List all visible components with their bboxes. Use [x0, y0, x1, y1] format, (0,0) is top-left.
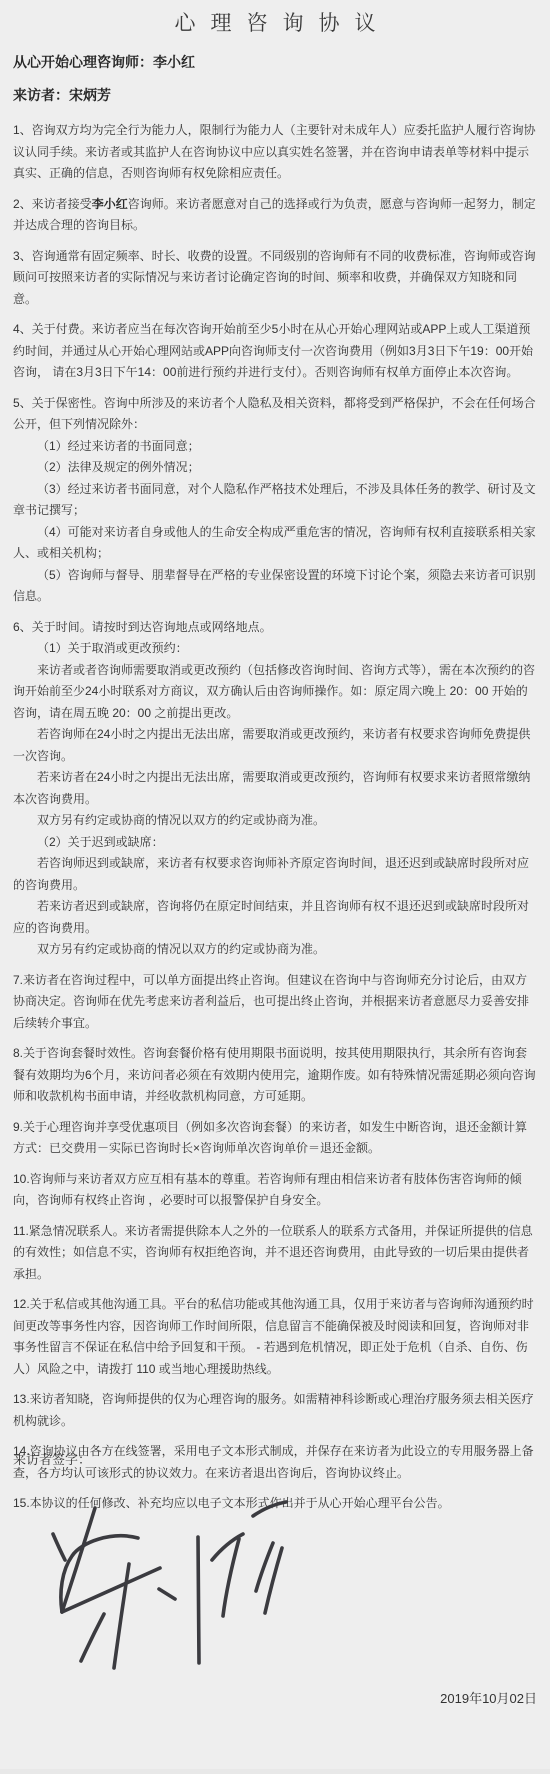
counselor-label: 从心开始心理咨询师：	[13, 54, 153, 70]
clause-paragraph: （1）关于取消或更改预约：	[13, 638, 537, 660]
clause-paragraph: （5）咨询师与督导、朋辈督导在严格的专业保密设置的环境下讨论个案，须隐去来访者可…	[13, 565, 537, 608]
clauses-list: 1、咨询双方均为完全行为能力人，限制行为能力人（主要针对未成年人）应委托监护人履…	[0, 120, 550, 1515]
clause-paragraph: 3、咨询通常有固定频率、时长、收费的设置。不同级别的咨询师有不同的收费标准，咨询…	[13, 246, 537, 311]
clause-paragraph: （2）关于迟到或缺席：	[13, 832, 537, 854]
clause-paragraph: 6、关于时间。请按时到达咨询地点或网络地点。	[13, 617, 537, 639]
clause-paragraph: 双方另有约定或协商的情况以双方的约定或协商为准。	[13, 939, 537, 961]
signature-date: 2019年10月02日	[440, 1688, 537, 1707]
document-title: 心理咨询协议	[0, 0, 550, 37]
counselor-line: 从心开始心理咨询师：李小红	[0, 53, 550, 72]
clause-paragraph: 10.咨询师与来访者双方应互相有基本的尊重。若咨询师有理由相信来访者有肢体伤害咨…	[13, 1169, 537, 1212]
clause-paragraph: （1）经过来访者的书面同意；	[13, 436, 537, 458]
agreement-document: 心理咨询协议 从心开始心理咨询师：李小红 来访者：宋炳芳 1、咨询双方均为完全行…	[0, 0, 550, 1774]
signature-drawing	[26, 1486, 326, 1698]
clause-paragraph: 13.来访者知晓，咨询师提供的仅为心理咨询的服务。如需精神科诊断或心理治疗服务须…	[13, 1389, 537, 1432]
clause-paragraph: 双方另有约定或协商的情况以双方的约定或协商为准。	[13, 810, 537, 832]
visitor-name: 宋炳芳	[69, 87, 111, 103]
signature-label: 来访者签字：	[13, 1449, 91, 1468]
clause-paragraph: 1、咨询双方均为完全行为能力人，限制行为能力人（主要针对未成年人）应委托监护人履…	[13, 120, 537, 185]
bottom-edge-strip	[0, 1769, 550, 1774]
clause-paragraph: （3）经过来访者书面同意，对个人隐私作严格技术处理后，不涉及具体任务的教学、研讨…	[13, 479, 537, 522]
clause-paragraph: 若来访者迟到或缺席，咨询将仍在原定时间结束，并且咨询师有权不退还迟到或缺席时段所…	[13, 896, 537, 939]
clause-paragraph: 8.关于咨询套餐时效性。咨询套餐价格有使用期限书面说明，按其使用期限执行，其余所…	[13, 1043, 537, 1108]
clause-paragraph: 若咨询师迟到或缺席，来访者有权要求咨询师补齐原定咨询时间，退还迟到或缺席时段所对…	[13, 853, 537, 896]
clause-paragraph: 4、关于付费。来访者应当在每次咨询开始前至少5小时在从心开始心理网站或APP上或…	[13, 319, 537, 384]
clause-paragraph: 5、关于保密性。咨询中所涉及的来访者个人隐私及相关资料，都将受到严格保护，不会在…	[13, 393, 537, 436]
clause-paragraph: 12.关于私信或其他沟通工具。平台的私信功能或其他沟通工具，仅用于来访者与咨询师…	[13, 1294, 537, 1380]
clause-paragraph: 9.关于心理咨询并享受优惠项目（例如多次咨询套餐）的来访者，如发生中断咨询，退还…	[13, 1117, 537, 1160]
clause-paragraph: 若咨询师在24小时之内提出无法出席，需要取消或更改预约，来访者有权要求咨询师免费…	[13, 724, 537, 767]
clause-paragraph: （2）法律及规定的例外情况；	[13, 457, 537, 479]
clause-paragraph: 7.来访者在咨询过程中，可以单方面提出终止咨询。但建议在咨询中与咨询师充分讨论后…	[13, 970, 537, 1035]
counselor-name: 李小红	[153, 54, 195, 70]
clause-paragraph: 2、来访者接受李小红咨询师。来访者愿意对自己的选择或行为负责，愿意与咨询师一起努…	[13, 194, 537, 237]
clause-paragraph: 若来访者在24小时之内提出无法出席，需要取消或更改预约，咨询师有权要求来访者照常…	[13, 767, 537, 810]
clause-paragraph: 14.咨询协议由各方在线签署，采用电子文本形式制成，并保存在来访者为此设立的专用…	[13, 1441, 537, 1484]
visitor-line: 来访者：宋炳芳	[0, 86, 550, 105]
clause-paragraph: （4）可能对来访者自身或他人的生命安全构成严重危害的情况，咨询师有权利直接联系相…	[13, 522, 537, 565]
clause-paragraph: 11.紧急情况联系人。来访者需提供除本人之外的一位联系人的联系方式备用，并保证所…	[13, 1221, 537, 1286]
visitor-label: 来访者：	[13, 87, 69, 103]
clause-paragraph: 来访者或者咨询师需要取消或更改预约（包括修改咨询时间、咨询方式等），需在本次预约…	[13, 660, 537, 725]
